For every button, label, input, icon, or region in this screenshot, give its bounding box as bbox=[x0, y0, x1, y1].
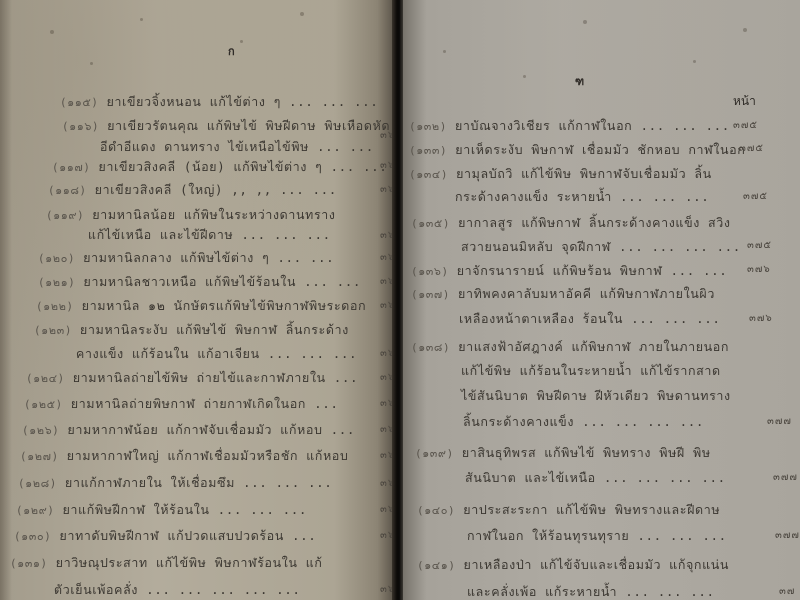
paper-speck bbox=[240, 40, 243, 43]
page-number: ๓๗๕ bbox=[747, 238, 772, 253]
paper-speck bbox=[523, 75, 526, 78]
left-page: ก (๑๑๕)ยาเขียวจิ้งหนอน แก้ไข้ต่าง ๆ ... … bbox=[0, 0, 393, 600]
toc-entry-cont: แก้ไข้เหนือ และไข้ฝีดาษ ... ... ... bbox=[88, 225, 331, 245]
toc-entry-cont: และคลั่งเพ้อ แก้ระหายน้ำ ... ... ... bbox=[467, 582, 715, 600]
toc-entry: (๑๓๐)ยาทาดับพิษฝีกาฬ แก้ปวดแสบปวดร้อน ..… bbox=[14, 526, 317, 546]
toc-entry: (๑๒๕)ยามหานิลถ่ายพิษกาฬ ถ่ายกาฬเกิดในอก … bbox=[24, 394, 339, 414]
page-number: ๓๗๕ bbox=[733, 118, 758, 133]
toc-entry: (๑๒๑)ยามหานิลชาวเหนือ แก้พิษไข้ร้อนใน ..… bbox=[38, 272, 361, 292]
paper-speck bbox=[140, 18, 143, 21]
right-page: ฑ หน้า (๑๓๒)ยาบัณจางวิเชียร แก้กาฬในอก .… bbox=[403, 0, 800, 600]
toc-entry: (๑๓๔)ยามุลบัถวิ แก้ไข้พิษ พิษกาฬจับเชื่อ… bbox=[409, 164, 712, 184]
page-number: ๓๗๕ bbox=[739, 141, 764, 156]
toc-entry: (๑๒๐)ยามหานิลกลาง แก้พิษไข้ต่าง ๆ ... ..… bbox=[38, 248, 335, 268]
toc-entry: (๑๓๓)ยาเห็ดระงับ พิษกาฬ เชื่อมมัว ชักหอบ… bbox=[409, 140, 745, 160]
paper-speck bbox=[90, 62, 93, 65]
page-number: ๓๗๖ bbox=[747, 262, 771, 277]
toc-entry: (๑๓๘)ยาแสงฟ้าอัศฎางค์ แก้พิษกาฬ ภายในภาย… bbox=[411, 337, 729, 357]
paper-speck bbox=[50, 30, 54, 34]
toc-entry: (๑๔๑)ยาเหลืองป่า แก้ไข้จับและเชื่อมมัว แ… bbox=[417, 555, 729, 575]
page-number: ๓๗๖ bbox=[749, 311, 773, 326]
toc-entry: (๑๓๑)ยาวิษณุประสาท แก้ไข้พิษ พิษกาฬร้อนใ… bbox=[10, 553, 323, 573]
toc-entry: (๑๒๖)ยามหากาฬน้อย แก้กาฬจับเชื่อมมัว แก้… bbox=[22, 420, 355, 440]
toc-entry-cont: ตัวเย็นเพ้อคลั่ง ... ... ... ... ... bbox=[54, 580, 301, 600]
toc-entry-cont: ไข้สันนิบาต พิษฝีดาษ ฝีหัวเดียว พิษดานทร… bbox=[461, 386, 731, 406]
page-number: ๓๗๗ bbox=[775, 528, 800, 543]
toc-entry-cont: ลิ้นกระด้างคางแข็ง ... ... ... ... bbox=[463, 412, 704, 432]
toc-entry-cont: กาฬในอก ให้ร้อนทุรนทุราย ... ... ... bbox=[467, 526, 727, 546]
toc-entry: (๑๒๗)ยามหากาฬใหญ่ แก้กาฬเชื่อมมัวหรือชัก… bbox=[20, 446, 349, 466]
toc-entry-cont: คางแข็ง แก้ร้อนใน แก้อาเจียน ... ... ... bbox=[76, 344, 358, 364]
page-column-header: หน้า bbox=[733, 92, 756, 111]
toc-entry-cont: อีดำอีแดง ดานทราง ไข้เหนือไข้พิษ ... ... bbox=[100, 137, 374, 157]
toc-entry: (๑๓๖)ยาจักรนารายน์ แก้พิษร้อน พิษกาฬ ...… bbox=[411, 261, 727, 281]
page-number: ๓๗๗ bbox=[767, 414, 792, 429]
toc-entry: (๑๔๐)ยาประสะระกา แก้ไข้พิษ พิษทรางและฝีด… bbox=[417, 500, 720, 520]
toc-entry: (๑๒๒)ยามหานิล ๑๒ นักษัตรแก้พิษไข้พิษกาฬพ… bbox=[36, 296, 367, 316]
page-number: ๓๗๕ bbox=[743, 189, 768, 204]
toc-entry-cont: แก้ไข้พิษ แก้ร้อนในระหายน้ำ แก้ไข้รากสาด bbox=[461, 361, 721, 381]
toc-entry: (๑๓๙)ยาสินธุทิพรส แก้พิษไข้ พิษทราง พิษฝ… bbox=[415, 443, 711, 463]
page-number: ๓๗ bbox=[779, 584, 795, 599]
page-number: ๓๗๗ bbox=[773, 470, 798, 485]
toc-entry-cont: เหลืองหน้าตาเหลือง ร้อนใน ... ... ... bbox=[459, 309, 721, 329]
toc-entry-cont: สันนิบาต และไข้เหนือ ... ... ... ... bbox=[465, 468, 726, 488]
toc-entry: (๑๒๔)ยามหานิลถ่ายไข้พิษ ถ่ายไข้และกาฬภาย… bbox=[26, 368, 359, 388]
toc-entry: (๑๑๕)ยาเขียวจิ้งหนอน แก้ไข้ต่าง ๆ ... ..… bbox=[60, 92, 379, 112]
toc-entry: (๑๑๘)ยาเขียวสิงคลี (ใหญ่) ,, ,, ... ... bbox=[48, 180, 337, 200]
toc-entry: (๑๑๖)ยาเขียวรัตนคุณ แก้พิษไข้ พิษฝีดาษ พ… bbox=[62, 116, 390, 136]
toc-entry: (๑๑๙)ยามหานิลน้อย แก้พิษในระหว่างดานทราง bbox=[46, 205, 336, 225]
toc-entry-cont: กระด้างคางแข็ง ระหายน้ำ ... ... ... bbox=[455, 187, 709, 207]
toc-entry: (๑๓๕)ยากาลสูร แก้พิษกาฬ ลิ้นกระด้างคางแข… bbox=[411, 213, 731, 233]
paper-speck bbox=[693, 60, 696, 63]
page-letter: ฑ bbox=[575, 72, 584, 90]
book-spread: ก (๑๑๕)ยาเขียวจิ้งหนอน แก้ไข้ต่าง ๆ ... … bbox=[0, 0, 800, 600]
paper-speck bbox=[443, 50, 446, 53]
paper-speck bbox=[743, 28, 747, 32]
toc-entry: (๑๒๙)ยาแก้พิษฝีกาฬ ให้ร้อนใน ... ... ... bbox=[16, 500, 307, 520]
toc-entry: (๑๒๓)ยามหานิลระงับ แก้พิษไข้ พิษกาฬ ลิ้น… bbox=[34, 320, 349, 340]
toc-entry: (๑๓๗)ยาทิพคงคาลับมหาอัคคี แก้พิษกาฬภายใน… bbox=[411, 284, 715, 304]
page-letter: ก bbox=[228, 42, 235, 60]
toc-entry: (๑๓๒)ยาบัณจางวิเชียร แก้กาฬในอก ... ... … bbox=[409, 116, 730, 136]
paper-speck bbox=[583, 20, 587, 24]
toc-entry: (๑๒๘)ยาแก้กาฬภายใน ให้เชื่อมซึม ... ... … bbox=[18, 473, 333, 493]
paper-speck bbox=[300, 12, 304, 16]
toc-entry: (๑๑๗)ยาเขียวสิงคลี (น้อย) แก้พิษไข้ต่าง … bbox=[52, 157, 388, 177]
toc-entry-cont: สวายนอนมิหลับ จุดฝีกาฬ ... ... ... ... bbox=[461, 237, 741, 257]
